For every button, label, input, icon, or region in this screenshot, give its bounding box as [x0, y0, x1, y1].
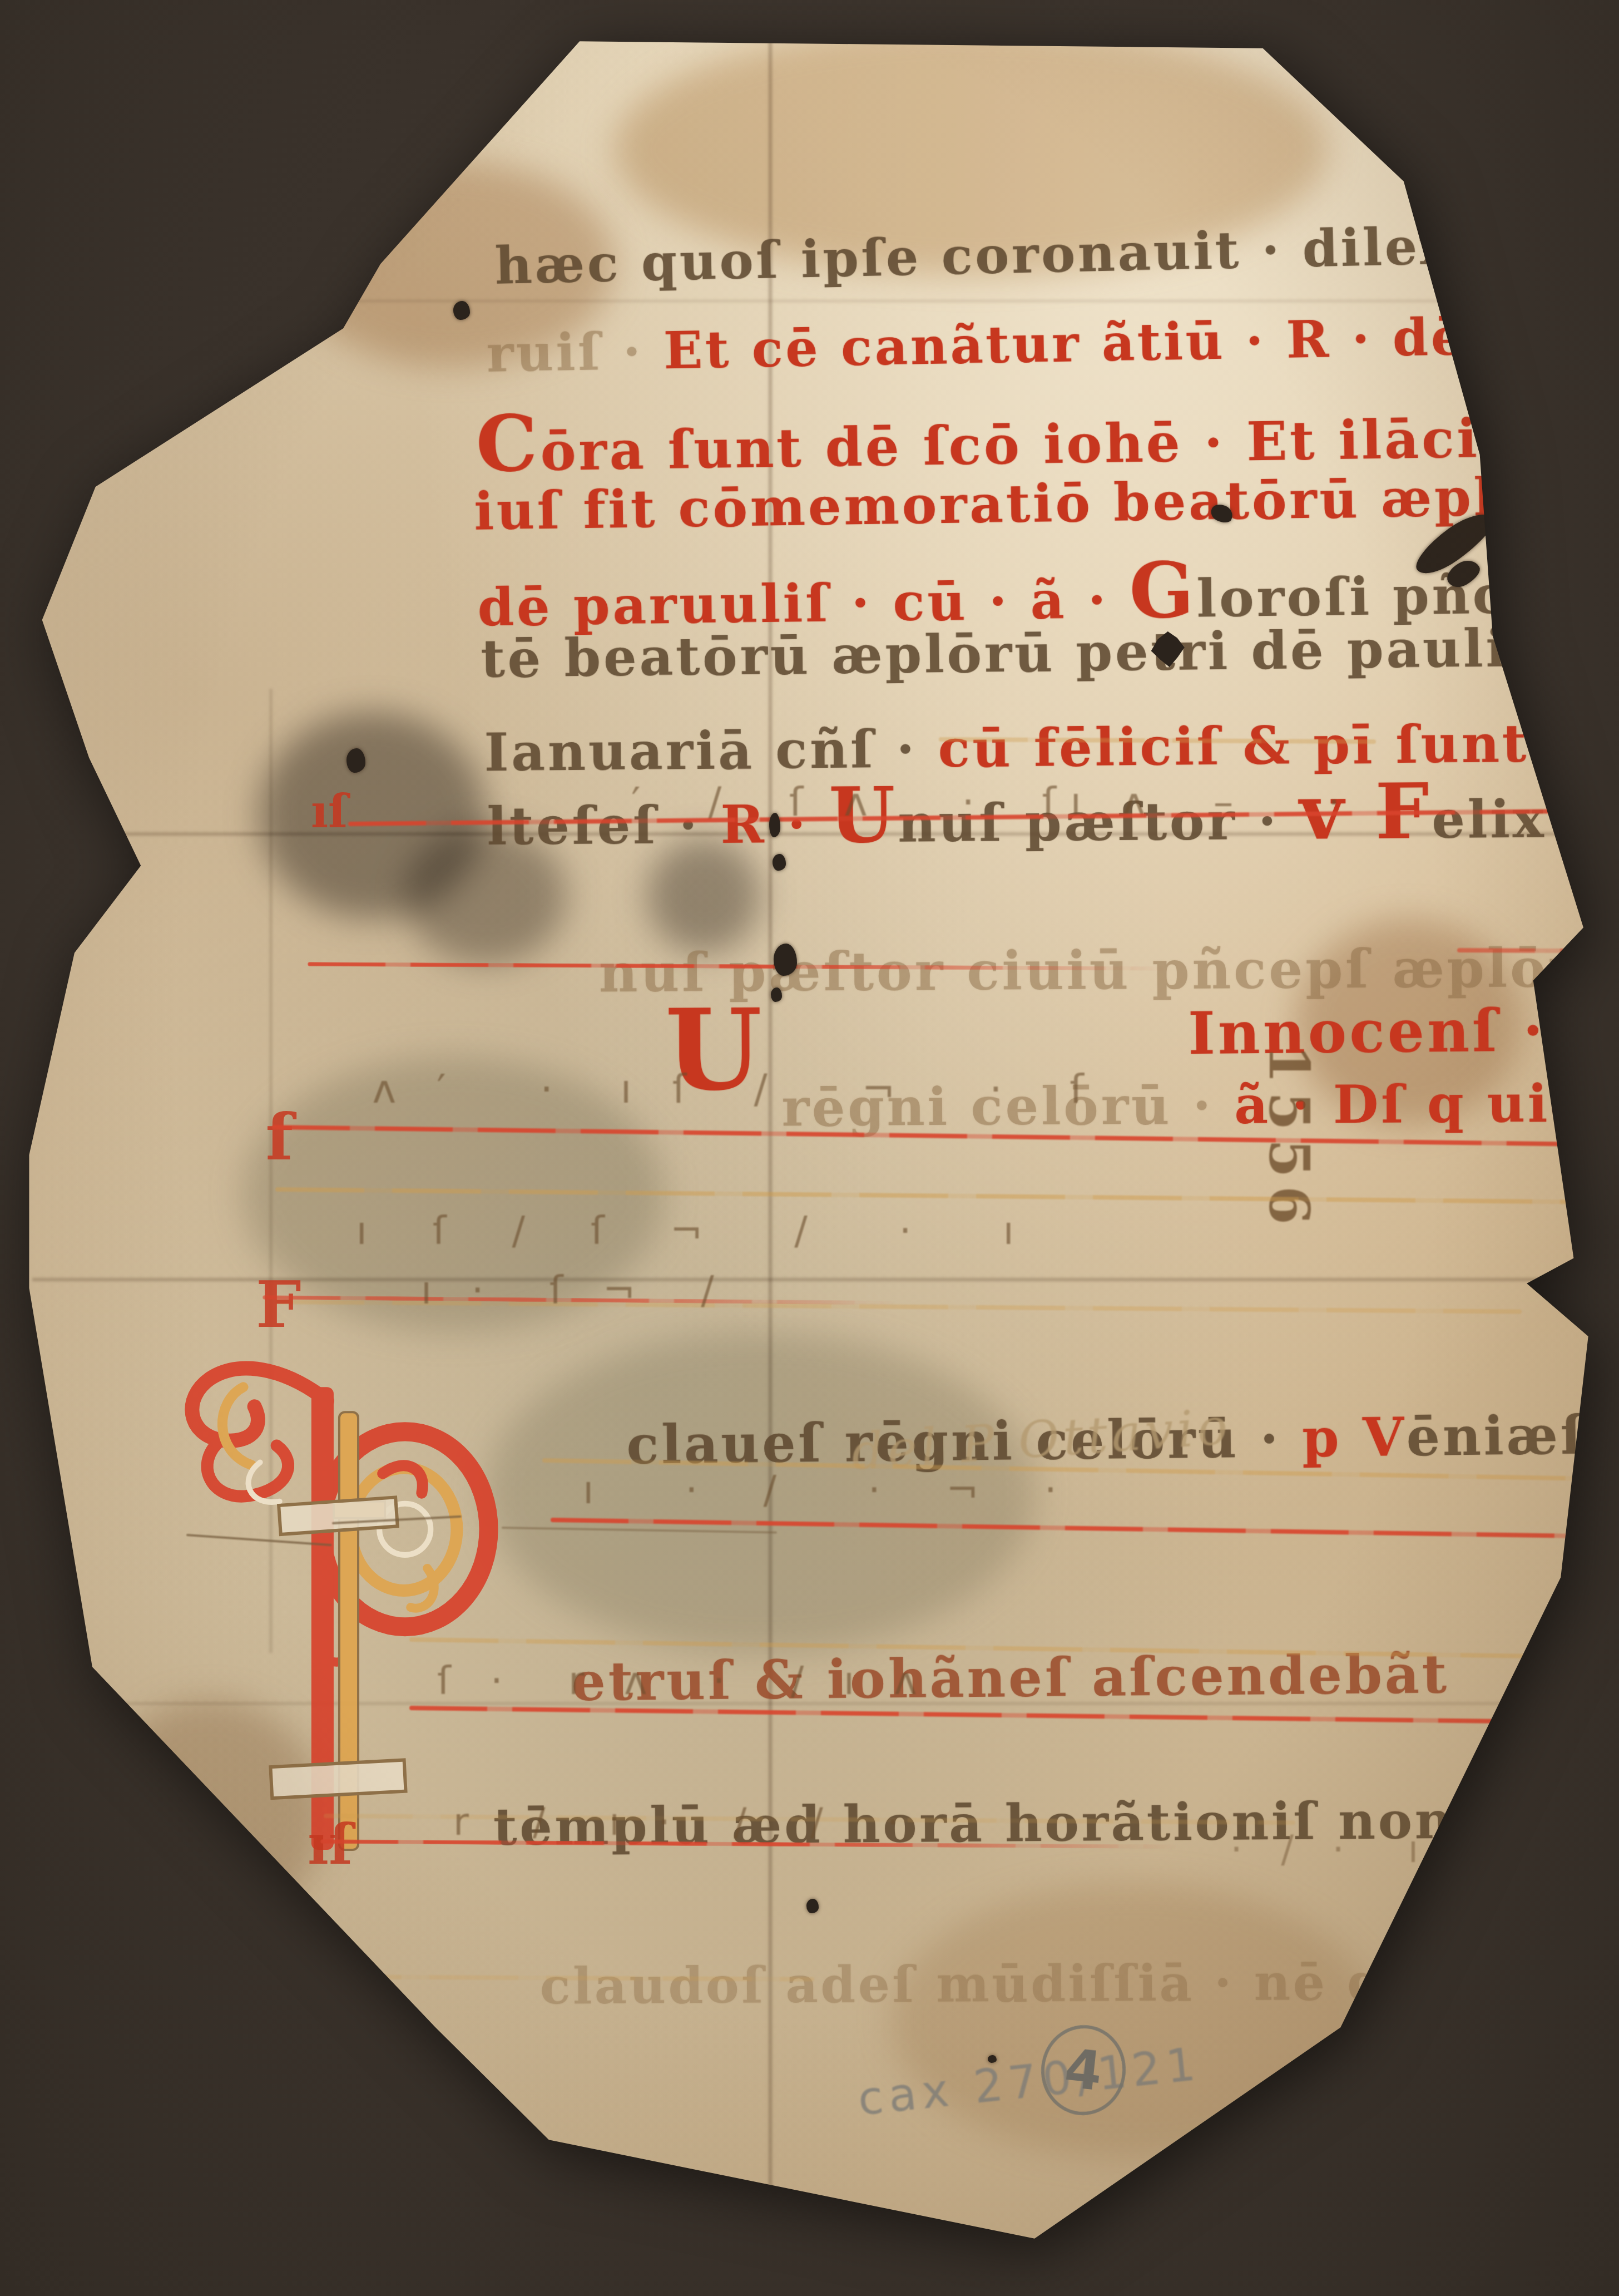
parchment-hole [361, 1970, 372, 1983]
rubric-text: In ueſpīſ ã [1570, 614, 1619, 679]
edge-shading [0, 0, 1619, 2296]
parchment-wrapper: hæc quoſ ipſe coronauit · dilexerat uec … [0, 0, 1619, 2296]
parchment-fragment: hæc quoſ ipſe coronauit · dilexerat uec … [0, 0, 1619, 2296]
photograph-of-manuscript: hæc quoſ ipſe coronauit · dilexerat uec … [0, 0, 1619, 2296]
